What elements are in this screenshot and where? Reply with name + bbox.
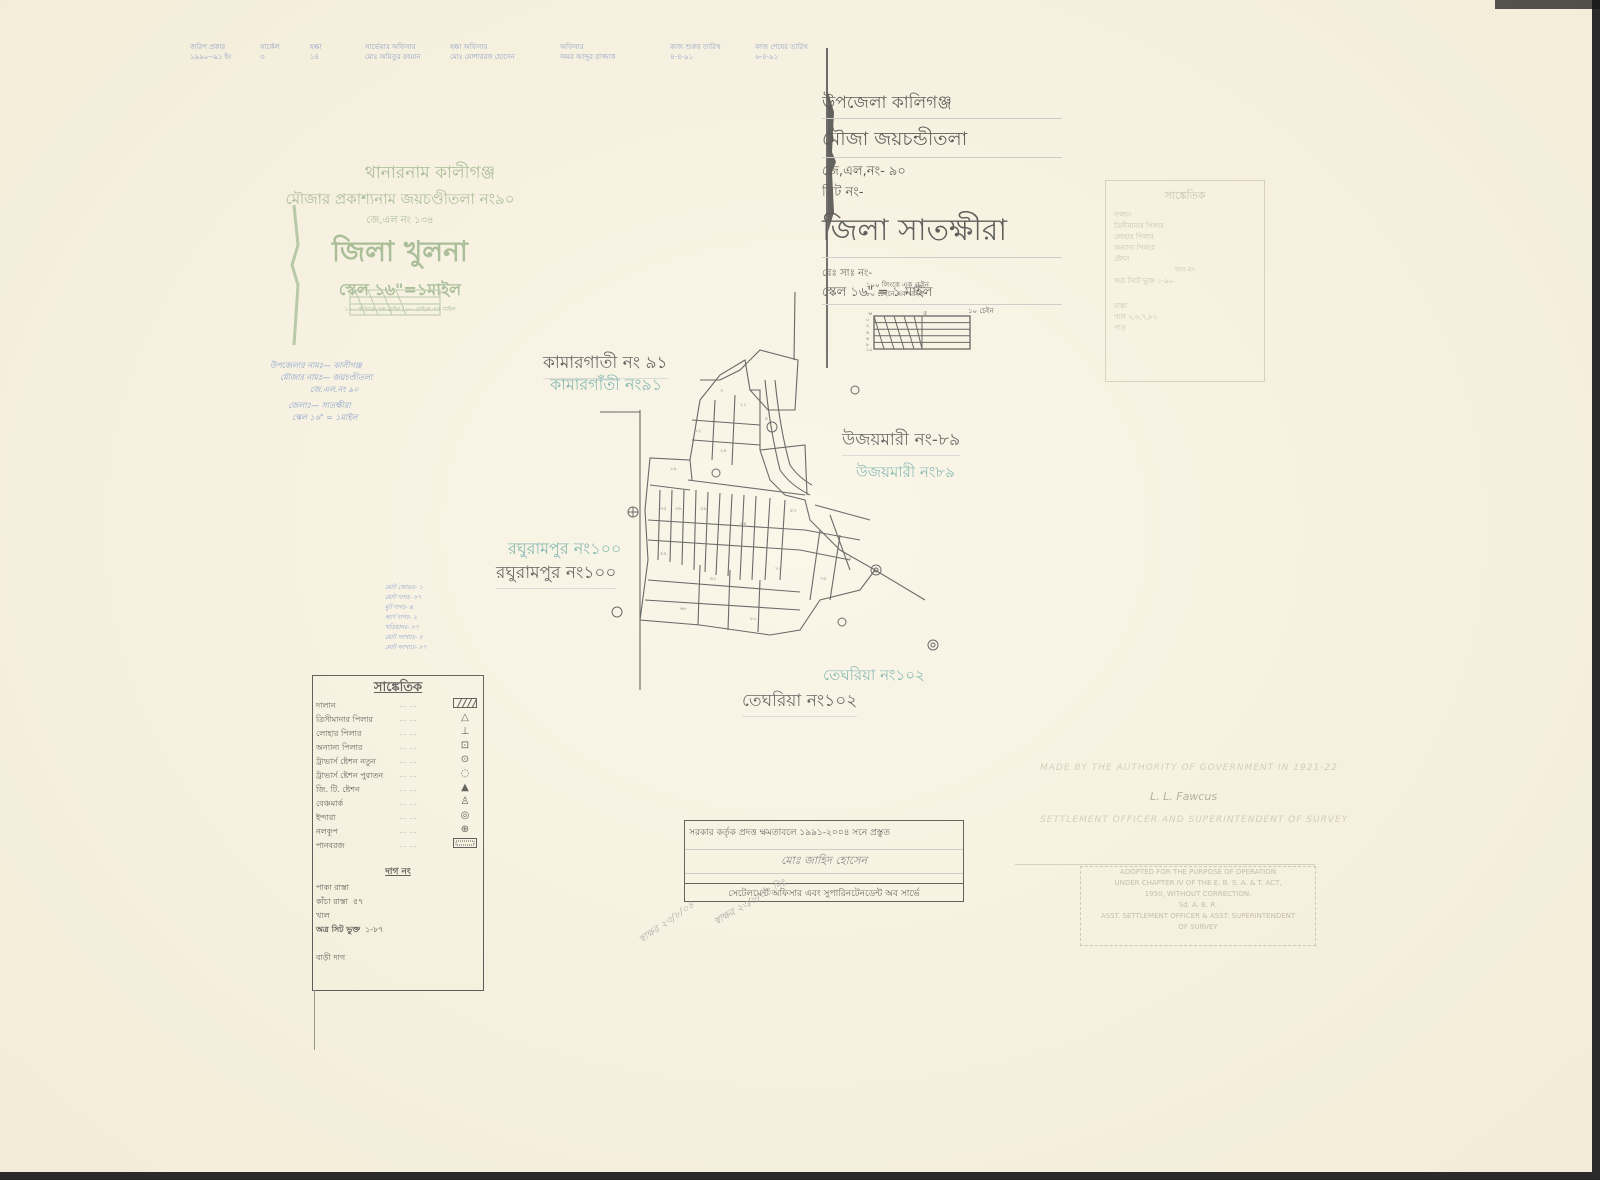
old-canal: খাল ২,৬,৭,৮১ bbox=[1114, 312, 1256, 323]
old-legend-title: সাঙ্কেতিক bbox=[1106, 187, 1264, 206]
adoption-stamp: ADOPTED FOR THE PURPOSE OF OPERATION UND… bbox=[1080, 866, 1316, 946]
dag-label: কাঁচা রাস্তা bbox=[316, 897, 348, 906]
old-legend-item: ত্রিসীমানার পিলার bbox=[1114, 221, 1256, 232]
legend-dots: ... ... bbox=[399, 756, 417, 765]
legend-dots: ... ... bbox=[399, 700, 417, 709]
dag-title: দাগ নং bbox=[313, 864, 483, 879]
scanner-edge bbox=[1495, 0, 1600, 9]
officer-signature: L. L. Fawcus bbox=[1150, 790, 1217, 803]
svg-text:৬৮: ৬৮ bbox=[680, 606, 687, 612]
legend-item-label: ত্রিসীমানার পিলার bbox=[316, 714, 373, 727]
old-legend-item: অন্যান্য পিলার bbox=[1114, 243, 1256, 254]
mouza-label: মৌজা জয়চন্ডীতলা bbox=[822, 125, 1062, 158]
stamp-line: 1950, WITHOUT CORRECTION. bbox=[1081, 889, 1315, 900]
betel-garden-icon bbox=[453, 838, 477, 851]
header-col: অফিসারঅমর আব্দুর রাজ্জাক bbox=[560, 42, 615, 62]
legend-item-label: ইন্দারা bbox=[316, 812, 336, 825]
certificate-authority: সরকার কর্তৃক প্রদত্ত ক্ষমতাবলে ১৯৯১-২০০৪… bbox=[689, 825, 890, 840]
handwritten-summary: মোট জোতঃ- ১ মোট দাগঃ- ৮৭ মুট দাগঃ- x আর্… bbox=[385, 583, 427, 653]
stamp-line: OF SURVEY bbox=[1081, 922, 1315, 933]
svg-text:৪৪: ৪৪ bbox=[740, 521, 747, 527]
iron-pillar-icon: ⊥ bbox=[453, 726, 477, 737]
well-icon: ◎ bbox=[453, 810, 477, 821]
old-dag-line: অত্র সিটে ভুক্ত ১-৯০ bbox=[1114, 276, 1256, 287]
upazila-label: উপজেলা কালিগঞ্জ bbox=[822, 90, 1062, 119]
dag-row: অত্র সিট ভুক্ত ১-৮৭ bbox=[316, 924, 384, 937]
dag-value: ১-৮৭ bbox=[365, 925, 383, 934]
dag-row: খাল bbox=[316, 910, 330, 923]
traverse-station-old-icon: ◌ bbox=[453, 768, 477, 779]
legend-dots: ... ... bbox=[399, 840, 417, 849]
legend-item-label: পানবরজ bbox=[316, 840, 345, 853]
legend-dots: ... ... bbox=[399, 826, 417, 835]
old-dag-title: দাগ নং bbox=[1114, 265, 1256, 276]
jl-number: জে,এল,নং- ৯০ bbox=[822, 162, 1062, 183]
svg-text:৫৯: ৫৯ bbox=[660, 551, 667, 557]
svg-text:৭৫: ৭৫ bbox=[820, 576, 827, 582]
old-road: রাস্তা bbox=[1114, 301, 1256, 312]
legend-item-label: জি. টি. ষ্টেশন bbox=[316, 784, 360, 797]
dag-row: বাড়ী দাগ bbox=[316, 952, 345, 965]
svg-text:১১: ১১ bbox=[740, 402, 747, 408]
certificate-signature: মোঃ জাহিদ হোসেন bbox=[685, 849, 963, 874]
summary-line: মোট জোতঃ- ১ bbox=[385, 583, 427, 593]
svg-text:৫৩: ৫৩ bbox=[790, 508, 797, 514]
header-col: কাজ শুরুর তারিখ৪-৪-৯১ bbox=[670, 42, 721, 62]
note-line: উপজেলার নামঃ— কালীগঞ্জ bbox=[270, 360, 372, 372]
old-map-frame-icon bbox=[290, 205, 480, 345]
old-legend-item: ষ্টেশন bbox=[1114, 254, 1256, 265]
map-sheet: জরিপ প্রকার১৯৯০--৯১ ইং সার্কেল৩ হল্কা১৪ … bbox=[0, 0, 1592, 1172]
neighbor-west-label: রঘুরামপুর নং১০০ bbox=[496, 560, 616, 589]
tri-junction-pillar-icon: △ bbox=[453, 712, 477, 723]
svg-text:৬২: ৬২ bbox=[710, 576, 717, 582]
legend-dots: ... ... bbox=[399, 742, 417, 751]
svg-text:৩৫: ৩৫ bbox=[660, 506, 667, 512]
summary-line: মোট সংখ্যাঃ- ৮৭ bbox=[385, 643, 427, 653]
old-thana: থানারনাম কালীগঞ্জ bbox=[310, 160, 550, 188]
svg-text:৩৬: ৩৬ bbox=[675, 506, 682, 512]
summary-line: আর্দ দাগঃ- ২ bbox=[385, 613, 427, 623]
legend-box: সাঙ্কেতিক দালান ত্রিসীমানার পিলার লোহার … bbox=[312, 675, 484, 991]
summary-line: মোট সংখ্যাঃ- ৫ bbox=[385, 633, 427, 643]
svg-text:৩৯: ৩৯ bbox=[700, 506, 707, 512]
district-label: জিলা সাতক্ষীরা bbox=[822, 206, 1062, 258]
stamp-line: UNDER CHAPTER IV OF THE E. B. S. A. & T.… bbox=[1081, 878, 1315, 889]
old-bank: পাড় bbox=[1114, 323, 1256, 334]
summary-line: খতিয়ানঃ- ৮৭ bbox=[385, 623, 427, 633]
svg-text:৩: ৩ bbox=[720, 388, 724, 394]
header-col: হল্কা অফিসারমোঃ মোশাররফ হোসেন bbox=[450, 42, 515, 62]
title-block: উপজেলা কালিগঞ্জ মৌজা জয়চন্ডীতলা জে,এল,ন… bbox=[822, 90, 1062, 305]
stamp-line: ADOPTED FOR THE PURPOSE OF OPERATION bbox=[1081, 867, 1315, 878]
legend-item-label: ট্রাভার্স ষ্টেশন নতুন bbox=[316, 756, 376, 769]
dag-label: পাকা রাস্তা bbox=[316, 883, 349, 892]
header-col: হল্কা১৪ bbox=[310, 42, 321, 62]
legend-item-label: ট্রাভার্স ষ্টেশন পুরাতন bbox=[316, 770, 383, 783]
legend-title: সাঙ্কেতিক bbox=[313, 678, 483, 699]
divider bbox=[1015, 864, 1315, 865]
note-line: স্কেল ১৬" = ১মাইল bbox=[292, 412, 372, 424]
stamp-line: Sd. A. B. R. bbox=[1081, 900, 1315, 911]
dag-row: কাঁচা রাস্তা ৫৭ bbox=[316, 896, 363, 909]
tubewell-icon: ⊕ bbox=[453, 824, 477, 835]
sheet-number: সিট নং- bbox=[822, 183, 1062, 204]
legend-dots: ... ... bbox=[399, 728, 417, 737]
legend-item-label: নলকূপ bbox=[316, 826, 338, 839]
certificate-officer: সেটেলমেন্ট অফিসার এবং সুপারিনটেনডেন্ট অব… bbox=[685, 883, 963, 901]
note-line: জেলাঃ— সাতক্ষীরা bbox=[288, 400, 372, 412]
stamp-line: ASST. SETTLEMENT OFFICER & ASST. SUPERIN… bbox=[1081, 911, 1315, 922]
header-col: সার্ভেয়ার অফিসারমোঃ অমিতুর রহমান bbox=[365, 42, 421, 62]
header-col: সার্কেল৩ bbox=[260, 42, 280, 62]
summary-line: মোট দাগঃ- ৮৭ bbox=[385, 593, 427, 603]
svg-text:৮৪: ৮৪ bbox=[845, 556, 852, 562]
header-col: কাজ শেষের তারিখ৬-৪-৯১ bbox=[755, 42, 808, 62]
certificate-box: সরকার কর্তৃক প্রদত্ত ক্ষমতাবলে ১৯৯১-২০০৪… bbox=[684, 820, 964, 902]
legend-item-label: দালান bbox=[316, 700, 336, 713]
dag-value: ৫৭ bbox=[353, 897, 363, 906]
benchmark-icon: ♙ bbox=[453, 796, 477, 807]
legend-item-label: বেঞ্চমার্ক bbox=[316, 798, 343, 811]
note-line: মৌজার নামঃ— জয়চণ্ডীতলা bbox=[280, 372, 372, 384]
old-legend-item: দালান bbox=[1114, 210, 1256, 221]
legend-item-label: অন্যান্য পিলার bbox=[316, 742, 362, 755]
dag-row: পাকা রাস্তা bbox=[316, 882, 349, 895]
svg-text:৮০: ৮০ bbox=[750, 616, 757, 622]
gt-station-icon: ▲ bbox=[453, 782, 477, 793]
note-line: জে.এল.নং ৯০ bbox=[310, 384, 372, 396]
cadastral-map: ৩১১৫ ১৯১২২৪ ৩৫৩৬৩৯ ৪৪৫৩৫৯ ৬২৭০৭৫ ৮৪৬৮৮০ bbox=[600, 280, 940, 710]
legend-dots: ... ... bbox=[399, 714, 417, 723]
svg-text:২৪: ২৪ bbox=[720, 448, 727, 454]
svg-text:১২: ১২ bbox=[695, 428, 702, 434]
dag-label: খাল bbox=[316, 911, 330, 920]
header-col: জরিপ প্রকার১৯৯০--৯১ ইং bbox=[190, 42, 231, 62]
other-pillar-icon: ⊡ bbox=[453, 740, 477, 751]
legend-dots: ... ... bbox=[399, 798, 417, 807]
header-strip: জরিপ প্রকার১৯৯০--৯১ ইং সার্কেল৩ হল্কা১৪ … bbox=[160, 42, 820, 76]
legend-dots: ... ... bbox=[399, 812, 417, 821]
handwritten-signature: স্বাক্ষর ২৩/৮/০৪ bbox=[636, 898, 699, 949]
legend-dots: ... ... bbox=[399, 770, 417, 779]
frame-line bbox=[314, 990, 315, 1050]
old-legend-item: লোহার পিলার bbox=[1114, 232, 1256, 243]
svg-text:১৯: ১৯ bbox=[670, 466, 677, 472]
legend-dots: ... ... bbox=[399, 784, 417, 793]
dag-label: অত্র সিট ভুক্ত bbox=[316, 925, 360, 934]
legend-item-label: লোহার পিলার bbox=[316, 728, 361, 741]
settlement-officer-note: SETTLEMENT OFFICER AND SUPERINTENDENT OF… bbox=[1040, 815, 1348, 825]
svg-text:৫: ৫ bbox=[765, 416, 768, 422]
handwritten-note: উপজেলার নামঃ— কালীগঞ্জ মৌজার নামঃ— জয়চণ… bbox=[270, 360, 372, 424]
dag-label: বাড়ী দাগ bbox=[316, 953, 345, 962]
old-legend-box: সাঙ্কেতিক দালান ত্রিসীমানার পিলার লোহার … bbox=[1105, 180, 1265, 382]
made-by-note: MADE BY THE AUTHORITY OF GOVERNMENT IN 1… bbox=[1040, 763, 1338, 773]
svg-text:৭০: ৭০ bbox=[775, 566, 782, 572]
traverse-station-new-icon: ⊙ bbox=[453, 754, 477, 765]
building-hatch-icon bbox=[453, 698, 477, 711]
summary-line: মুট দাগঃ- x bbox=[385, 603, 427, 613]
